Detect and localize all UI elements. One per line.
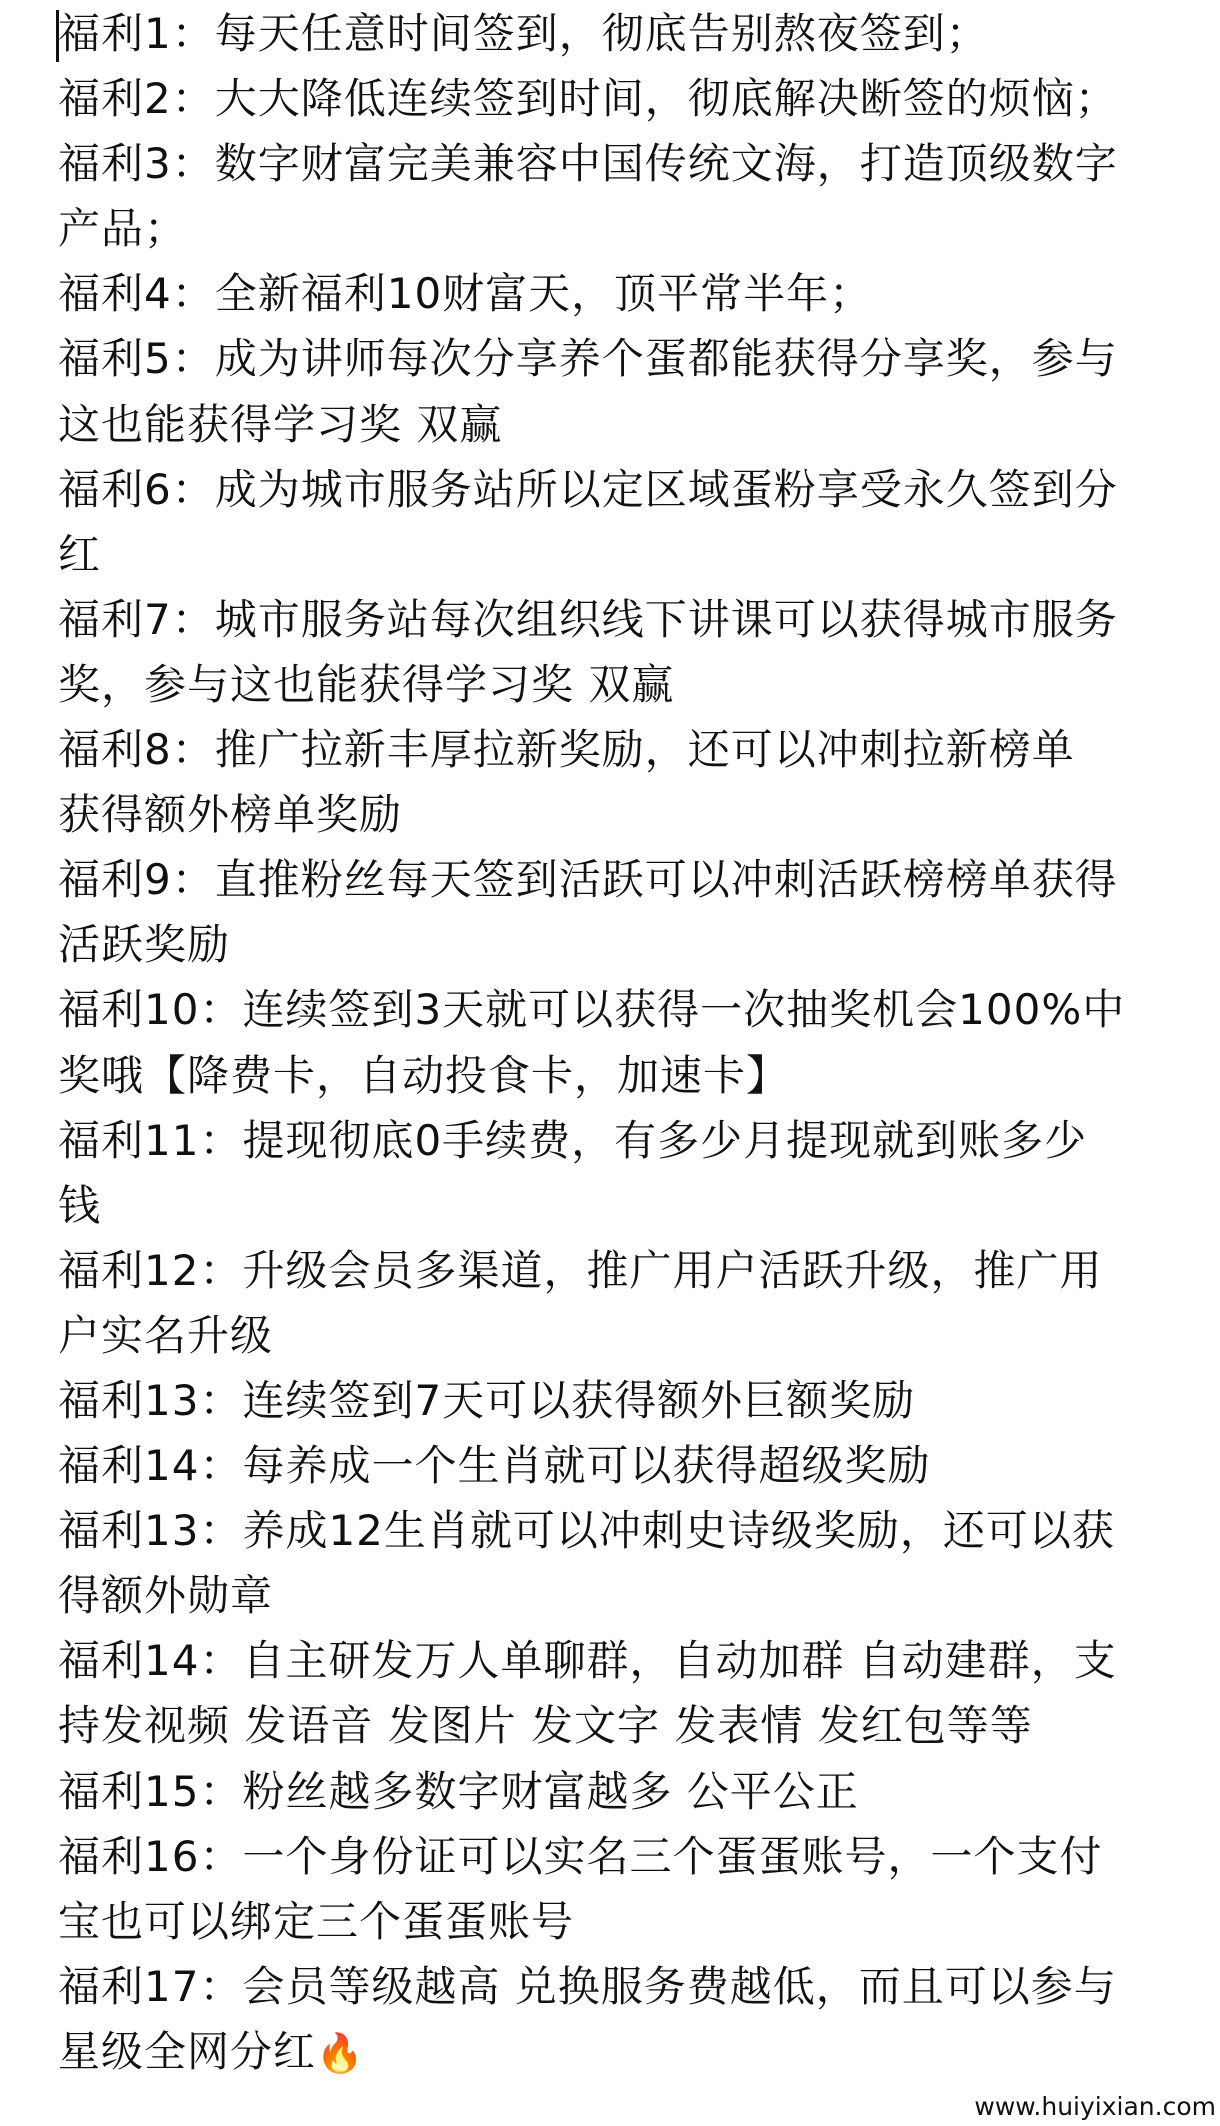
benefit-item-16: 福利16：一个身份证可以实名三个蛋蛋账号，一个支付 宝也可以绑定三个蛋蛋账号	[58, 1824, 1208, 1954]
benefit-line: 福利13：养成12生肖就可以冲刺史诗级奖励，还可以获	[58, 1498, 1208, 1563]
benefit-line-continued: 奖哦【降费卡，自动投食卡，加速卡】	[58, 1043, 1208, 1108]
benefit-line: 福利5：成为讲师每次分享养个蛋都能获得分享奖，参与	[58, 326, 1208, 391]
benefit-item-14: 福利14：每养成一个生肖就可以获得超级奖励	[58, 1433, 1208, 1498]
benefit-item-12: 福利12：升级会员多渠道，推广用户活跃升级，推广用 户实名升级	[58, 1238, 1208, 1368]
benefit-line: 福利4：全新福利10财富天，顶平常半年；	[58, 261, 1208, 326]
benefit-line-continued: 奖，参与这也能获得学习奖 双赢	[58, 652, 1208, 717]
benefit-line-continued: 获得额外榜单奖励	[58, 782, 1208, 847]
benefit-line: 福利3：数字财富完美兼容中国传统文海，打造顶级数字	[58, 131, 1208, 196]
benefit-item-13b: 福利13：养成12生肖就可以冲刺史诗级奖励，还可以获 得额外勋章	[58, 1498, 1208, 1628]
benefit-line: 福利2：大大降低连续签到时间，彻底解决断签的烦恼；	[58, 66, 1208, 131]
watermark: www.huiyixian.com	[974, 2090, 1216, 2124]
benefit-line-continued: 产品；	[58, 196, 1208, 261]
fire-icon: 🔥	[316, 2031, 364, 2075]
benefit-line-continued: 户实名升级	[58, 1303, 1208, 1368]
benefit-item-2: 福利2：大大降低连续签到时间，彻底解决断签的烦恼；	[58, 66, 1208, 131]
benefit-line: 福利17：会员等级越高 兑换服务费越低，而且可以参与	[58, 1954, 1208, 2019]
benefit-line-continued: 红	[58, 522, 1208, 587]
benefit-item-17: 福利17：会员等级越高 兑换服务费越低，而且可以参与 星级全网分红🔥	[58, 1954, 1208, 2084]
benefit-item-10: 福利10：连续签到3天就可以获得一次抽奖机会100%中 奖哦【降费卡，自动投食卡…	[58, 977, 1208, 1107]
benefit-item-8: 福利8：推广拉新丰厚拉新奖励，还可以冲刺拉新榜单 获得额外榜单奖励	[58, 717, 1208, 847]
benefit-line: 福利13：连续签到7天可以获得额外巨额奖励	[58, 1368, 1208, 1433]
benefits-document[interactable]: 福利1：每天任意时间签到，彻底告别熬夜签到； 福利2：大大降低连续签到时间，彻底…	[58, 1, 1208, 2084]
benefit-line: 福利9：直推粉丝每天签到活跃可以冲刺活跃榜榜单获得	[58, 847, 1208, 912]
benefit-item-7: 福利7：城市服务站每次组织线下讲课可以获得城市服务 奖，参与这也能获得学习奖 双…	[58, 587, 1208, 717]
benefit-line: 福利15：粉丝越多数字财富越多 公平公正	[58, 1759, 1208, 1824]
benefit-line: 福利11：提现彻底0手续费，有多少月提现就到账多少	[58, 1108, 1208, 1173]
benefit-line-continued: 这也能获得学习奖 双赢	[58, 392, 1208, 457]
benefit-item-13: 福利13：连续签到7天可以获得额外巨额奖励	[58, 1368, 1208, 1433]
benefit-item-5: 福利5：成为讲师每次分享养个蛋都能获得分享奖，参与 这也能获得学习奖 双赢	[58, 326, 1208, 456]
benefit-line: 福利14：每养成一个生肖就可以获得超级奖励	[58, 1433, 1208, 1498]
benefit-line-continued: 活跃奖励	[58, 912, 1208, 977]
benefit-item-4: 福利4：全新福利10财富天，顶平常半年；	[58, 261, 1208, 326]
benefit-line-continued: 星级全网分红🔥	[58, 2019, 1208, 2084]
benefit-line: 福利10：连续签到3天就可以获得一次抽奖机会100%中	[58, 977, 1208, 1042]
benefit-line: 福利7：城市服务站每次组织线下讲课可以获得城市服务	[58, 587, 1208, 652]
benefit-item-1: 福利1：每天任意时间签到，彻底告别熬夜签到；	[58, 1, 1208, 66]
benefit-line-continued: 得额外勋章	[58, 1563, 1208, 1628]
benefit-line: 福利14：自主研发万人单聊群，自动加群 自动建群，支	[58, 1628, 1208, 1693]
benefit-line: 福利1：每天任意时间签到，彻底告别熬夜签到；	[58, 1, 1208, 66]
benefit-item-3: 福利3：数字财富完美兼容中国传统文海，打造顶级数字 产品；	[58, 131, 1208, 261]
benefit-line: 福利12：升级会员多渠道，推广用户活跃升级，推广用	[58, 1238, 1208, 1303]
benefit-item-6: 福利6：成为城市服务站所以定区域蛋粉享受永久签到分 红	[58, 457, 1208, 587]
benefit-line-continued: 宝也可以绑定三个蛋蛋账号	[58, 1889, 1208, 1954]
benefit-item-15: 福利15：粉丝越多数字财富越多 公平公正	[58, 1759, 1208, 1824]
benefit-line: 福利8：推广拉新丰厚拉新奖励，还可以冲刺拉新榜单	[58, 717, 1208, 782]
benefit-line-continued: 钱	[58, 1173, 1208, 1238]
benefit-item-14b: 福利14：自主研发万人单聊群，自动加群 自动建群，支 持发视频 发语音 发图片 …	[58, 1628, 1208, 1758]
benefit-line-continued: 持发视频 发语音 发图片 发文字 发表情 发红包等等	[58, 1693, 1208, 1758]
benefit-line-text: 星级全网分红	[58, 2027, 316, 2076]
benefit-item-9: 福利9：直推粉丝每天签到活跃可以冲刺活跃榜榜单获得 活跃奖励	[58, 847, 1208, 977]
benefit-item-11: 福利11：提现彻底0手续费，有多少月提现就到账多少 钱	[58, 1108, 1208, 1238]
benefit-line: 福利16：一个身份证可以实名三个蛋蛋账号，一个支付	[58, 1824, 1208, 1889]
benefit-line: 福利6：成为城市服务站所以定区域蛋粉享受永久签到分	[58, 457, 1208, 522]
